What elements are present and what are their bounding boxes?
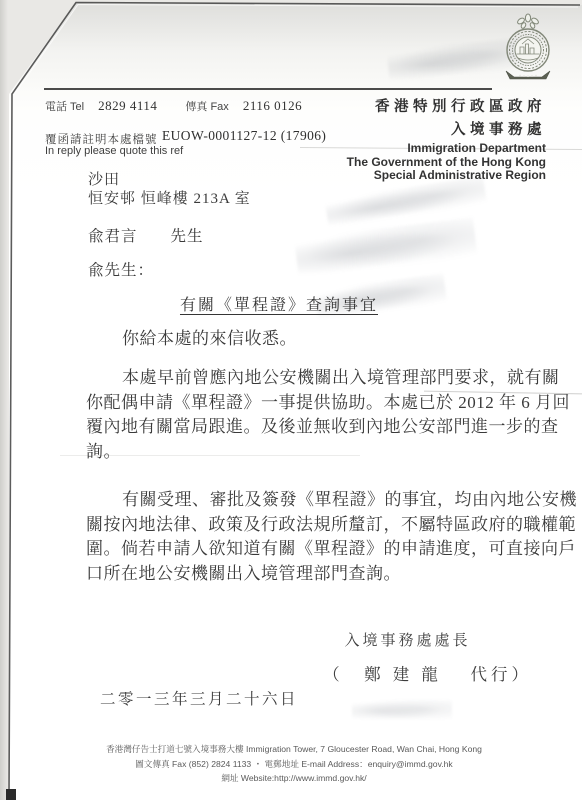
gov-name-en-1: The Government of the Hong Kong (347, 156, 546, 170)
body-line: 圍。倘若申請人欲知道有關《單程證》的申請進度，可直接向戶 (86, 537, 510, 562)
ref-label-en: In reply please quote this ref (45, 145, 183, 157)
letter-footer: 香港灣仔告士打道七號入境事務大樓 Immigration Tower, 7 Gl… (14, 742, 574, 786)
fax-label: 傳真 Fax (185, 101, 228, 113)
footer-website: 網址 Website:http://www.immd.gov.hk/ (14, 771, 574, 786)
dept-name-zh: 入境事務處 (347, 119, 546, 142)
scanner-edge-shadow (0, 0, 8, 800)
footer-address: 香港灣仔告士打道七號入境事務大樓 Immigration Tower, 7 Gl… (14, 742, 574, 757)
body-line: 詢。 (86, 440, 510, 465)
signer-title: 入境事務處處長 (300, 629, 515, 650)
scan-shading (0, 0, 582, 92)
body-line: 覆內地有關當局跟進。及後並無收到內地公安部門進一步的查 (86, 415, 510, 440)
ink-bleed-artifact (294, 217, 478, 281)
reference-number: EUOW-0001127-12 (17906) (162, 128, 326, 144)
body-line: 關按內地法律、政策及行政法規所釐訂，不屬特區政府的職權範 (86, 513, 510, 538)
immigration-department-emblem-icon (496, 13, 560, 87)
recipient-address: 沙田 恒安邨 恒峰樓 213A 室 (88, 171, 251, 209)
address-line-2: 恒安邨 恒峰樓 213A 室 (88, 190, 251, 209)
salutation: 兪先生： (88, 258, 154, 280)
contact-line: 電話 Tel2829 4114傳真 Fax2116 0126 (45, 97, 302, 115)
scan-corner-artifact (6, 789, 16, 800)
body-line: 你配偶申請《單程證》一事提供協助。本處已於 2012 年 6 月回 (86, 391, 510, 416)
recipient-name: 兪君言 先生 (88, 224, 204, 246)
tel-label: 電話 Tel (45, 101, 84, 113)
dept-name-en: Immigration Department (347, 142, 546, 156)
paragraph-2: 本處早前曾應內地公安機關出入境管理部門要求，就有關 你配偶申請《單程證》一事提供… (86, 366, 510, 464)
gov-name-zh: 香港特別行政區政府 (347, 96, 546, 119)
gov-name-en-2: Special Administrative Region (347, 169, 546, 183)
fax-number: 2116 0126 (243, 98, 302, 113)
letter-paper: 電話 Tel2829 4114傳真 Fax2116 0126 覆函請註明本處檔號… (0, 0, 582, 800)
address-line-1: 沙田 (88, 171, 251, 190)
letter-subject: 有關《單程證》查詢事宜 (44, 292, 514, 315)
footer-fax-email: 圖文傳真 Fax (852) 2824 1133 ・ 電郵地址 E-mail A… (14, 757, 574, 772)
body-line: 口所在地公安機關出入境管理部門查詢。 (86, 562, 510, 587)
scanned-letter-page: 電話 Tel2829 4114傳真 Fax2116 0126 覆函請註明本處檔號… (0, 0, 582, 800)
paragraph-1: 你給本處的來信收悉。 (86, 327, 510, 352)
body-line: 有關受理、審批及簽發《單程證》的事宜，均由內地公安機 (86, 488, 510, 513)
header-divider (44, 88, 492, 90)
body-line: 你給本處的來信收悉。 (86, 327, 510, 352)
paragraph-3: 有關受理、審批及簽發《單程證》的事宜，均由內地公安機 關按內地法律、政策及行政法… (86, 488, 510, 586)
department-letterhead: 香港特別行政區政府 入境事務處 Immigration Department T… (347, 96, 546, 183)
ink-bleed-artifact (325, 176, 488, 231)
body-line: 本處早前曾應內地公安機關出入境管理部門要求，就有關 (86, 366, 510, 391)
letter-date: 二零一三年三月二十六日 (100, 687, 298, 709)
ink-bleed-artifact (352, 700, 452, 722)
signer-name: （ 鄭 建 龍 代行） (305, 661, 550, 685)
tel-number: 2829 4114 (98, 98, 157, 113)
